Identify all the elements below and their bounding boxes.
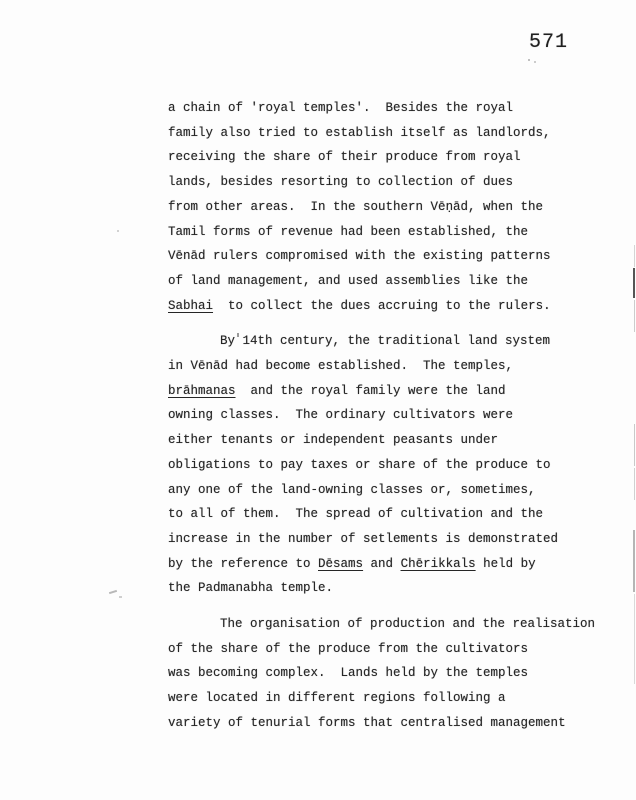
text-segment: a chain of 'royal temples'. Besides the … — [168, 101, 513, 115]
text-line: of the share of the produce from the cul… — [168, 637, 595, 662]
text-line: Tamil forms of revenue had been establis… — [168, 220, 595, 245]
text-line: variety of tenurial forms that centralis… — [168, 711, 595, 736]
scan-edge-line — [634, 300, 635, 332]
text-segment: family also tried to establish itself as… — [168, 126, 551, 140]
scan-speck — [119, 596, 122, 598]
text-segment: lands, besides resorting to collection o… — [168, 175, 513, 189]
paragraph: a chain of 'royal temples'. Besides the … — [168, 96, 595, 318]
text-line: to all of them. The spread of cultivatio… — [168, 502, 595, 527]
text-line: Vēnād rulers compromised with the existi… — [168, 244, 595, 269]
text-line: lands, besides resorting to collection o… — [168, 170, 595, 195]
text-segment: owning classes. The ordinary cultivators… — [168, 408, 513, 422]
text-line: receiving the share of their produce fro… — [168, 145, 595, 170]
scan-speck — [528, 59, 530, 61]
page-text: a chain of 'royal temples'. Besides the … — [168, 96, 595, 736]
text-segment: Tamil forms of revenue had been establis… — [168, 225, 528, 239]
text-line: by the reference to Dēsams and Chērikkal… — [168, 552, 595, 577]
text-line: owning classes. The ordinary cultivators… — [168, 403, 595, 428]
text-segment: to all of them. The spread of cultivatio… — [168, 507, 543, 521]
text-line: Sabhai to collect the dues accruing to t… — [168, 294, 595, 319]
text-line: was becoming complex. Lands held by the … — [168, 661, 595, 686]
text-segment: were located in different regions follow… — [168, 691, 506, 705]
scan-speck — [109, 590, 117, 594]
scanned-document-page: 571 a chain of 'royal temples'. Besides … — [0, 0, 636, 800]
underlined-term: Sabhai — [168, 299, 213, 313]
scan-edge-line — [634, 594, 635, 684]
scan-edge-line — [634, 245, 635, 267]
text-line: By 14th century, the traditional land sy… — [168, 329, 595, 354]
text-line: from other areas. In the southern Vēṇād,… — [168, 195, 595, 220]
scan-speck — [237, 333, 239, 337]
text-segment: receiving the share of their produce fro… — [168, 150, 521, 164]
text-line: any one of the land-owning classes or, s… — [168, 478, 595, 503]
scan-edge-line — [633, 268, 635, 298]
scan-speck — [117, 230, 119, 232]
text-line: either tenants or independent peasants u… — [168, 428, 595, 453]
text-segment: the Padmanabha temple. — [168, 581, 333, 595]
text-segment: by the reference to — [168, 557, 318, 571]
page-number: 571 — [529, 31, 568, 54]
paragraph: By 14th century, the traditional land sy… — [168, 329, 595, 601]
text-segment: of the share of the produce from the cul… — [168, 642, 528, 656]
text-line: The organisation of production and the r… — [168, 612, 595, 637]
text-segment: and — [363, 557, 401, 571]
text-line: a chain of 'royal temples'. Besides the … — [168, 96, 595, 121]
text-segment: increase in the number of setlements is … — [168, 532, 558, 546]
text-line: increase in the number of setlements is … — [168, 527, 595, 552]
scan-edge-line — [633, 530, 635, 592]
scan-edge-line — [634, 468, 635, 500]
text-segment: The organisation of production and the r… — [220, 617, 595, 631]
text-line: obligations to pay taxes or share of the… — [168, 453, 595, 478]
text-segment: any one of the land-owning classes or, s… — [168, 483, 536, 497]
text-segment: was becoming complex. Lands held by the … — [168, 666, 528, 680]
text-segment: By 14th century, the traditional land sy… — [220, 334, 550, 348]
text-line: the Padmanabha temple. — [168, 576, 595, 601]
text-line: brāhmanas and the royal family were the … — [168, 379, 595, 404]
text-segment: obligations to pay taxes or share of the… — [168, 458, 551, 472]
text-segment: in Vēnād had become established. The tem… — [168, 359, 513, 373]
text-segment: held by — [476, 557, 536, 571]
text-segment: Vēnād rulers compromised with the existi… — [168, 249, 551, 263]
text-line: family also tried to establish itself as… — [168, 121, 595, 146]
paragraph: The organisation of production and the r… — [168, 612, 595, 736]
text-line: in Vēnād had become established. The tem… — [168, 354, 595, 379]
text-segment: and the royal family were the land — [236, 384, 506, 398]
text-segment: to collect the dues accruing to the rule… — [213, 299, 551, 313]
scan-edge-line — [634, 424, 635, 466]
text-segment: from other areas. In the southern Vēṇād,… — [168, 200, 543, 214]
underlined-term: Dēsams — [318, 557, 363, 571]
underlined-term: Chērikkals — [401, 557, 476, 571]
text-segment: of land management, and used assemblies … — [168, 274, 528, 288]
text-line: were located in different regions follow… — [168, 686, 595, 711]
underlined-term: brāhmanas — [168, 384, 236, 398]
text-segment: variety of tenurial forms that centralis… — [168, 716, 566, 730]
text-line: of land management, and used assemblies … — [168, 269, 595, 294]
text-segment: either tenants or independent peasants u… — [168, 433, 498, 447]
